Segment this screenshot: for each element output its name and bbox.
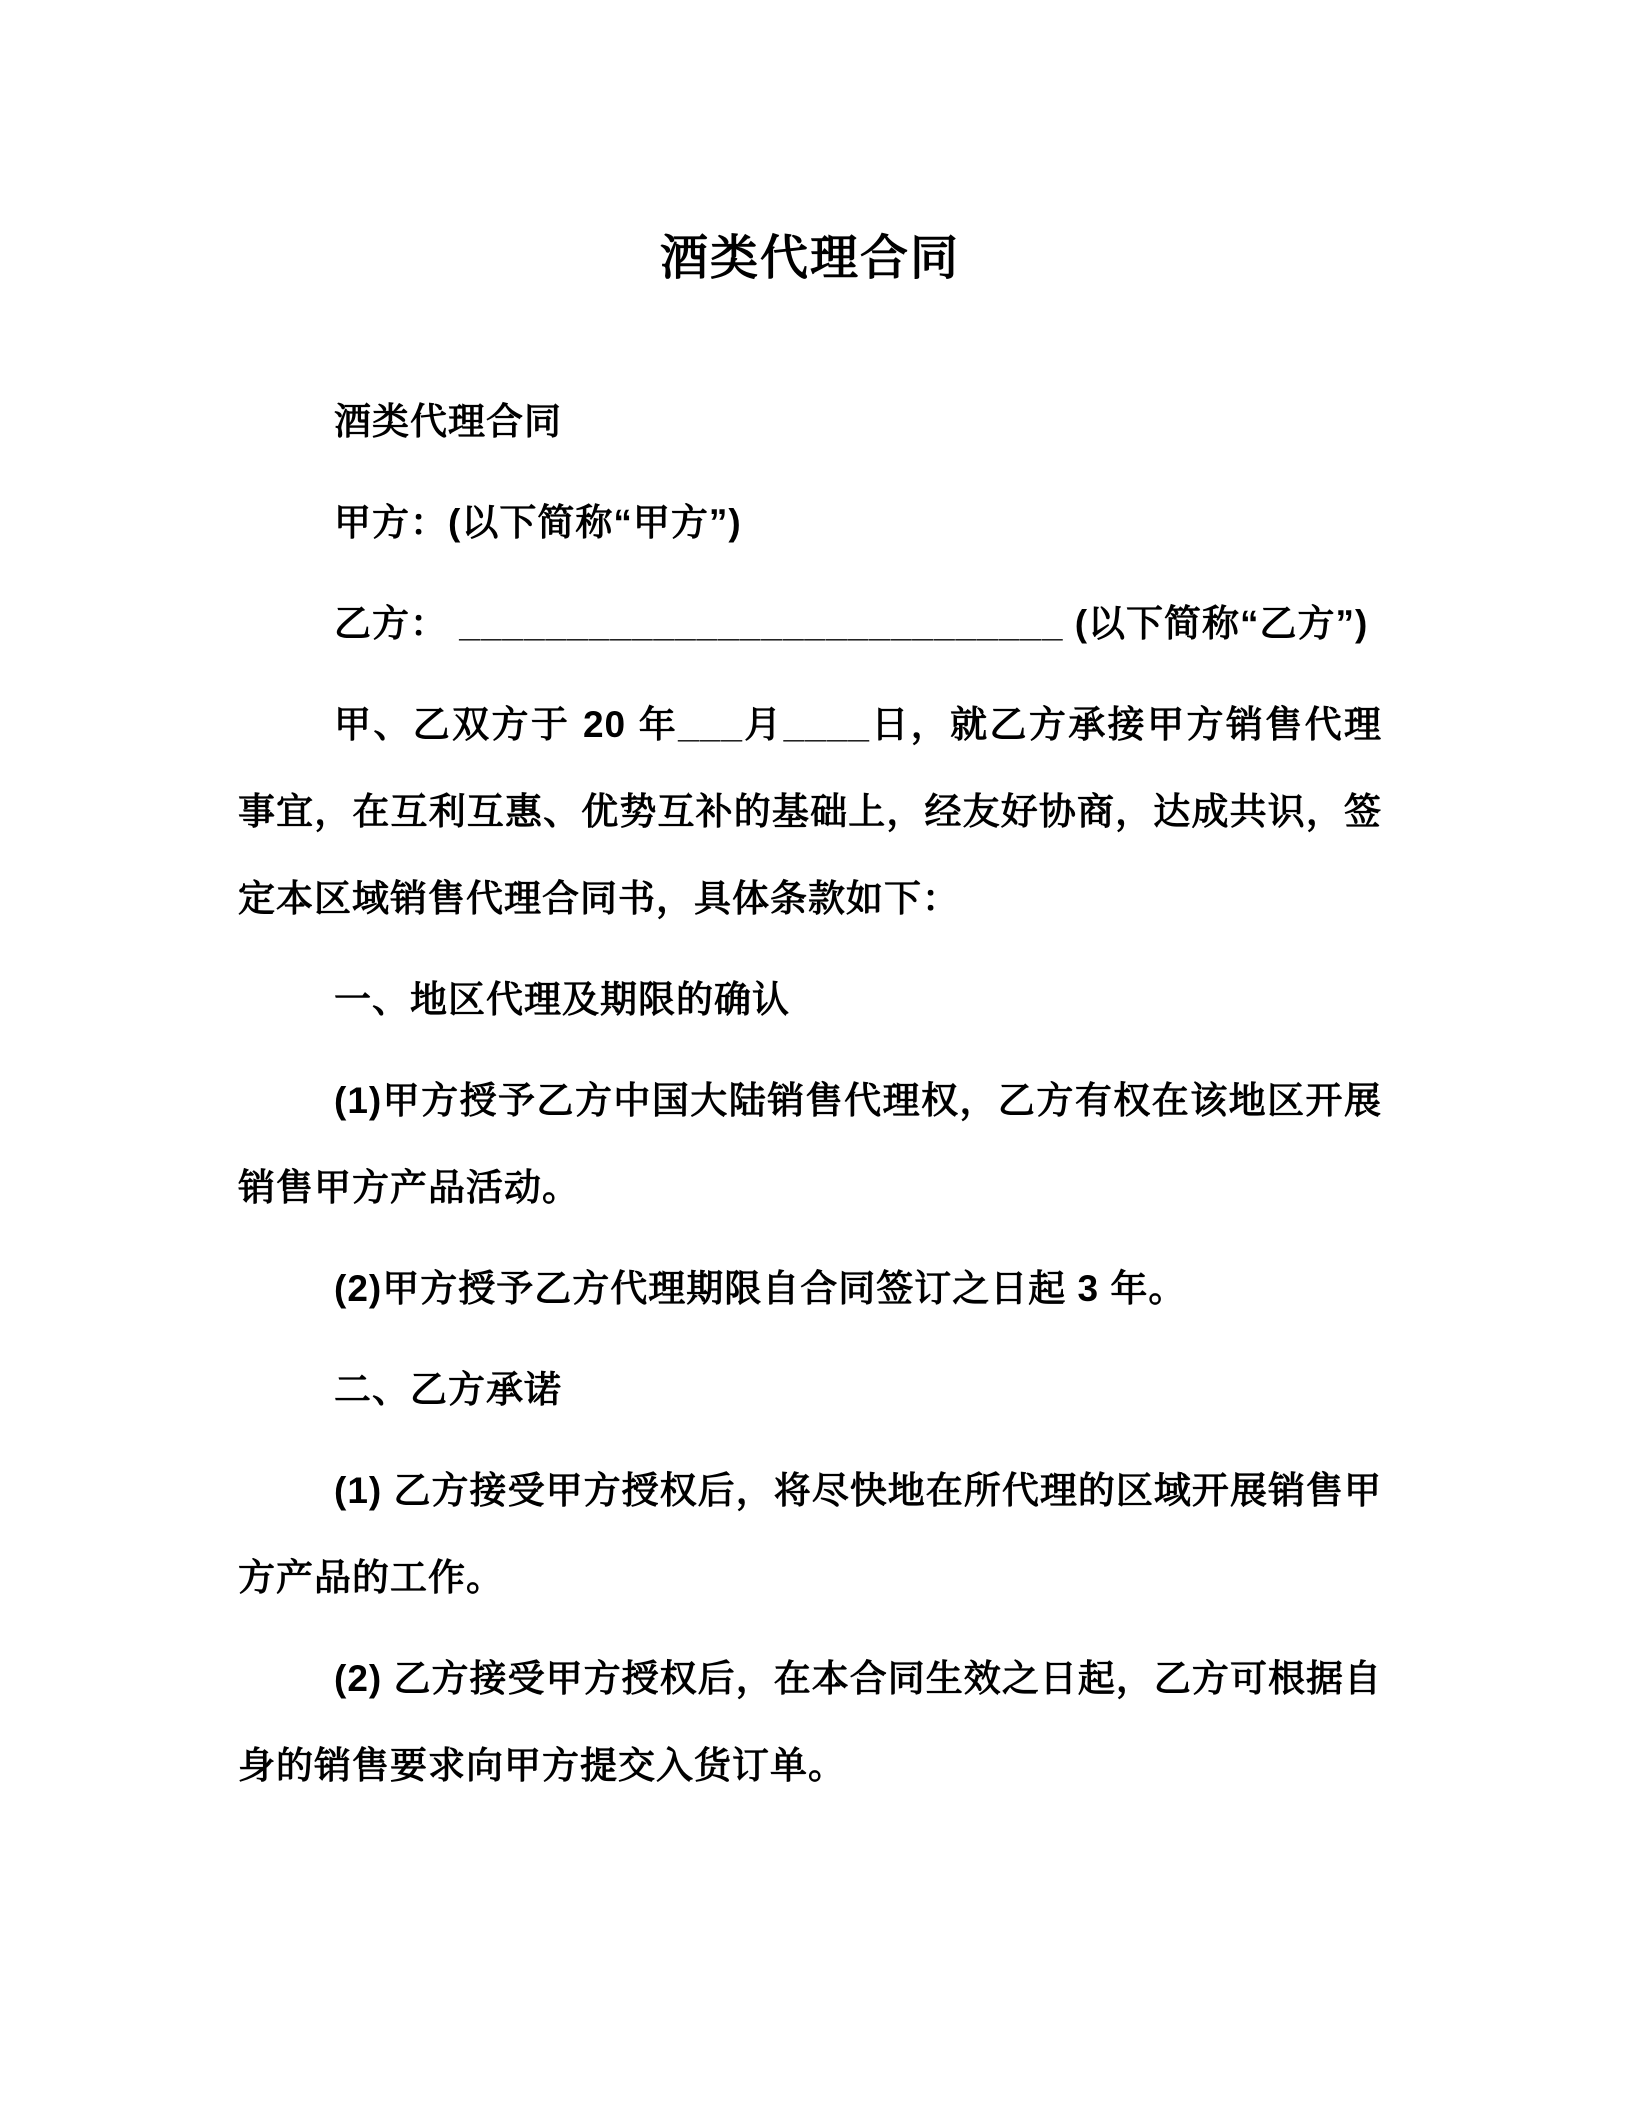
document-body: 酒类代理合同甲方：(以下简称“甲方”)乙方： _________________…	[238, 378, 1382, 1809]
paragraph: (1)甲方授予乙方中国大陆销售代理权，乙方有权在该地区开展销售甲方产品活动。	[238, 1057, 1382, 1231]
section-heading: 一、地区代理及期限的确认	[238, 956, 1382, 1043]
paragraph: 酒类代理合同	[238, 378, 1382, 465]
contract-page: 酒类代理合同 酒类代理合同甲方：(以下简称“甲方”)乙方： __________…	[0, 0, 1632, 2112]
paragraph: 甲、乙双方于 20 年___月____日，就乙方承接甲方销售代理事宜，在互利互惠…	[238, 681, 1382, 942]
paragraph: (2)甲方授予乙方代理期限自合同签订之日起 3 年。	[238, 1245, 1382, 1332]
section-heading: 二、乙方承诺	[238, 1346, 1382, 1433]
paragraph: (1) 乙方接受甲方授权后，将尽快地在所代理的区域开展销售甲方产品的工作。	[238, 1447, 1382, 1621]
document-title: 酒类代理合同	[238, 230, 1382, 288]
paragraph: 乙方： ____________________________ (以下简称“乙…	[238, 580, 1382, 667]
paragraph: (2) 乙方接受甲方授权后，在本合同生效之日起，乙方可根据自身的销售要求向甲方提…	[238, 1635, 1382, 1809]
paragraph: 甲方：(以下简称“甲方”)	[238, 479, 1382, 566]
